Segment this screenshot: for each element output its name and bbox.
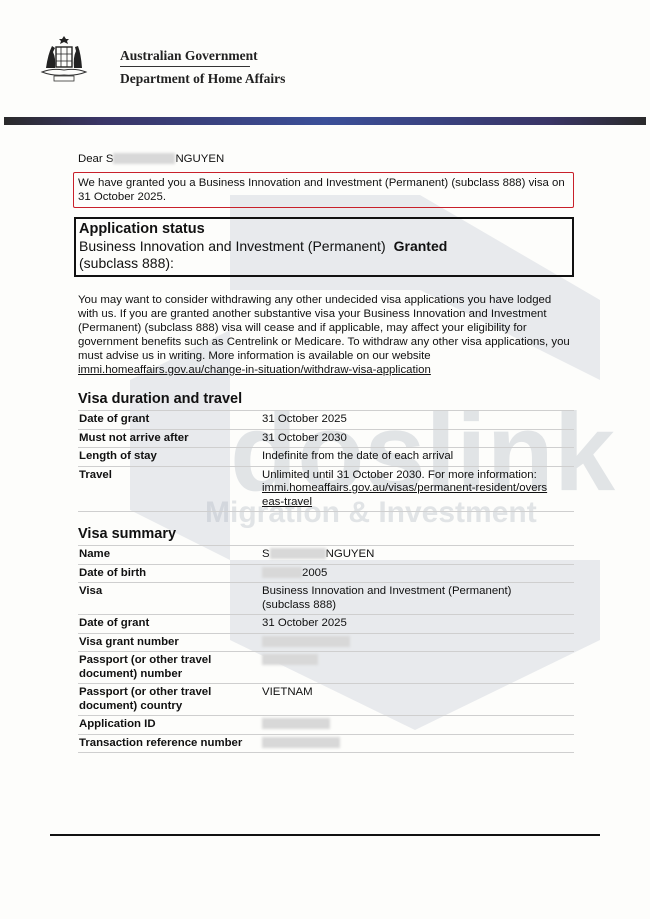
duration-table: Date of grant 31 October 2025 Must not a… [78,410,574,512]
application-status-box: Application status Business Innovation a… [74,217,574,277]
duration-heading: Visa duration and travel [78,391,573,408]
table-row: Date of grant 31 October 2025 [78,411,574,430]
status-visa-name: Business Innovation and Investment (Perm… [79,238,386,254]
letter-body: Dear SNGUYEN We have granted you a Busin… [78,152,573,753]
greeting: Dear SNGUYEN [78,152,573,166]
redacted-given-name [270,548,326,559]
department-name: Department of Home Affairs [120,71,285,87]
redacted-given-name [113,153,175,164]
withdraw-paragraph: You may want to consider withdrawing any… [78,293,573,377]
table-row: Passport (or other travel document) numb… [78,652,574,684]
footer-divider [50,834,600,836]
table-row: Passport (or other travel document) coun… [78,684,574,716]
withdraw-visa-link[interactable]: immi.homeaffairs.gov.au/change-in-situat… [78,364,431,376]
redacted-application-id [262,718,330,729]
redacted-dob [262,567,302,578]
status-badge: Granted [394,238,448,254]
status-visa-subclass: (subclass 888): [79,255,569,272]
table-row: Name SNGUYEN [78,546,574,565]
header-band [4,117,646,125]
table-row: Travel Unlimited until 31 October 2030. … [78,466,574,512]
redacted-transaction-reference [262,737,340,748]
commonwealth-coat-of-arms-icon [40,34,88,86]
government-name: Australian Government [120,48,258,64]
header-divider [120,66,250,67]
grant-notice: We have granted you a Business Innovatio… [73,172,574,208]
redacted-grant-number [262,636,350,647]
summary-table: Name SNGUYEN Date of birth 2005 Visa Bus… [78,545,574,753]
table-row: Visa grant number [78,633,574,652]
status-title: Application status [79,220,569,238]
table-row: Visa Business Innovation and Investment … [78,583,574,615]
overseas-travel-link[interactable]: immi.homeaffairs.gov.au/visas/permanent-… [262,482,552,509]
table-row: Transaction reference number [78,734,574,753]
table-row: Date of birth 2005 [78,564,574,583]
table-row: Application ID [78,716,574,735]
redacted-passport-number [262,654,318,665]
table-row: Must not arrive after 31 October 2030 [78,429,574,448]
summary-heading: Visa summary [78,526,573,543]
table-row: Date of grant 31 October 2025 [78,615,574,634]
table-row: Length of stay Indefinite from the date … [78,448,574,467]
